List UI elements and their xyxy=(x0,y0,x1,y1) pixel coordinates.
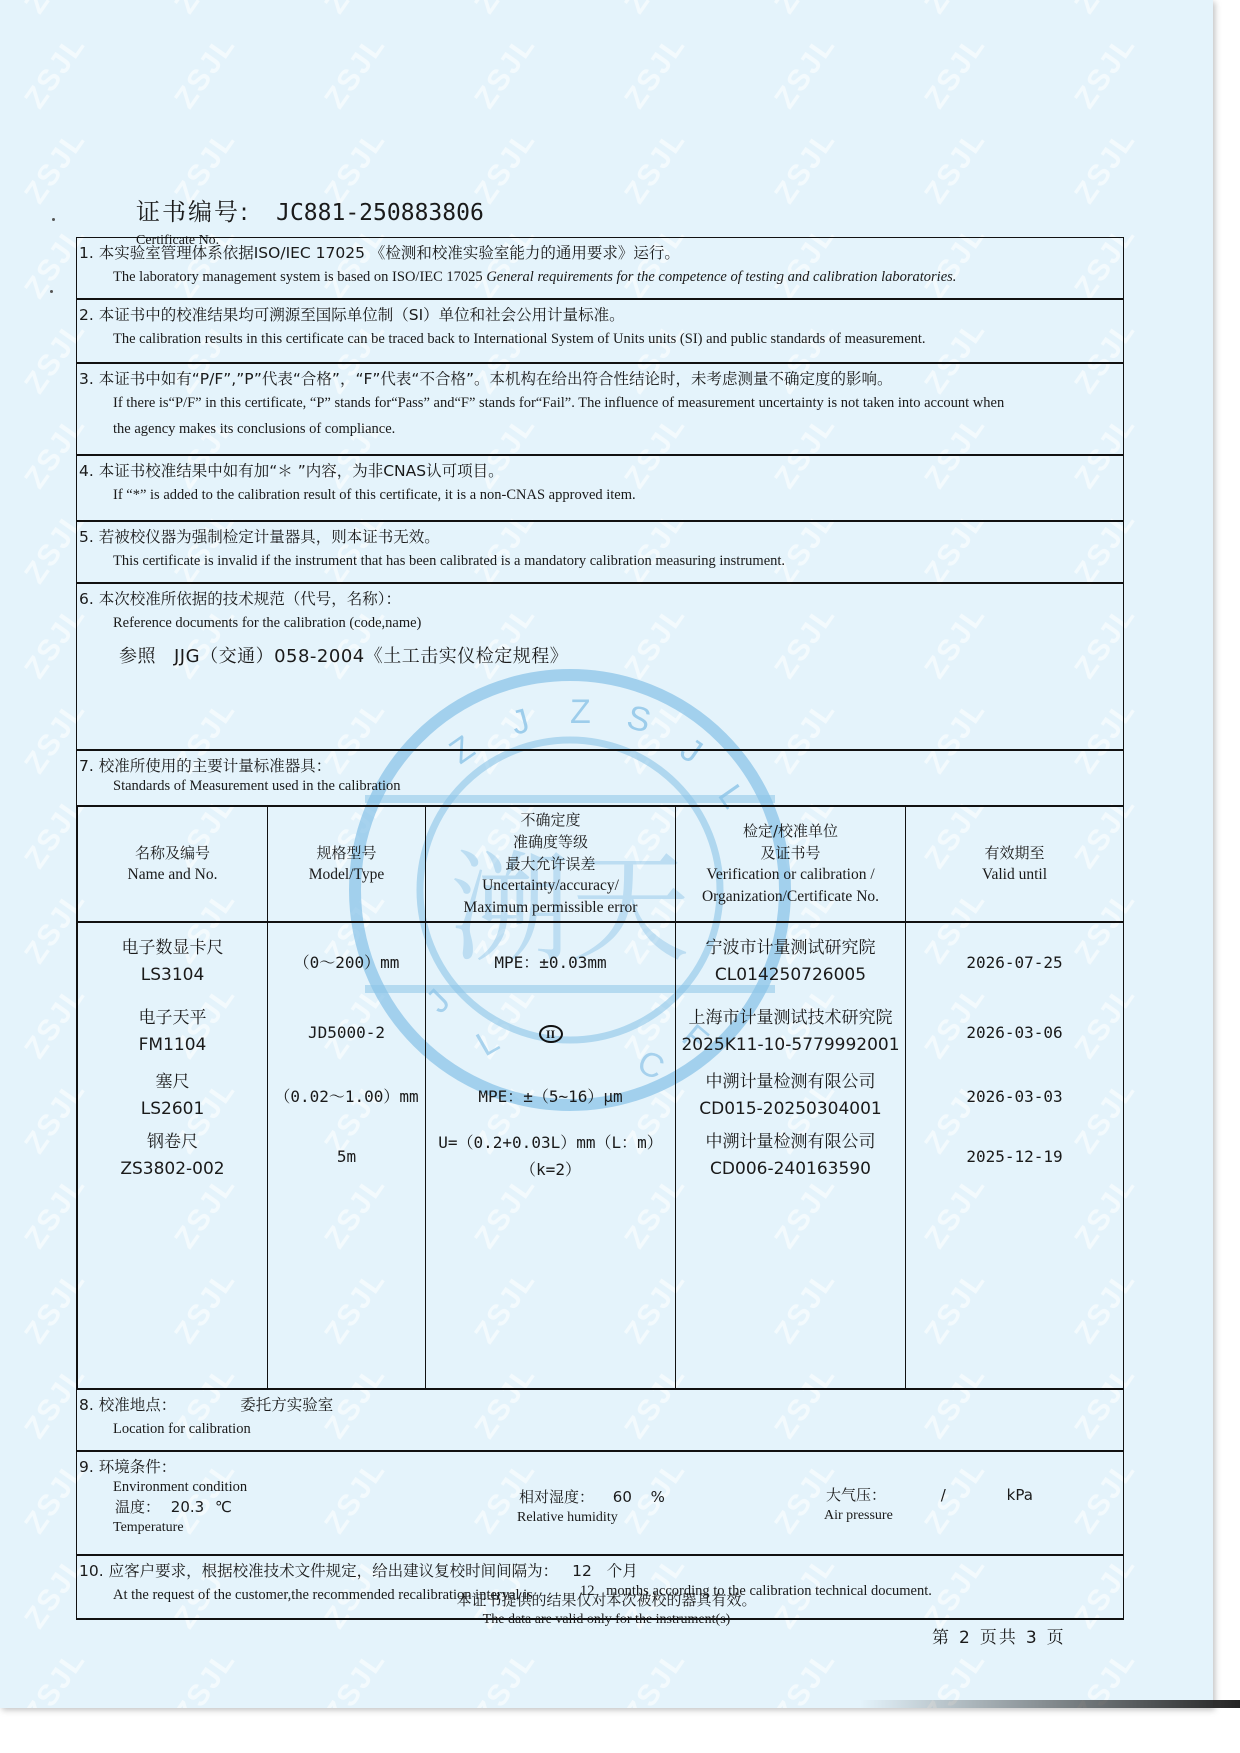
temperature-unit: ℃ xyxy=(215,1498,232,1516)
watermark-text: ZSJL xyxy=(18,124,93,210)
standards-table-body: 电子数显卡尺LS3104电子天平FM1104塞尺LS2601钢卷尺ZS3802-… xyxy=(78,922,1124,1388)
pressure-label-en: Air pressure xyxy=(824,1506,1033,1526)
column-name-no: 电子数显卡尺LS3104电子天平FM1104塞尺LS2601钢卷尺ZS3802-… xyxy=(78,922,268,1388)
watermark-text: ZSJL xyxy=(18,1644,93,1708)
reference-document: 参照JJG（交通）058-2004《土工击实仪检定规程》 xyxy=(77,642,1123,668)
humidity-value: 60 xyxy=(613,1488,632,1506)
table-entry: 5m xyxy=(269,1125,424,1187)
en-plain: The laboratory management system is base… xyxy=(113,269,486,285)
entry-line: LS2601 xyxy=(79,1096,266,1123)
section-number: 1. xyxy=(79,244,94,262)
section-text-en: Location for calibration xyxy=(77,1416,1123,1442)
page-total: 3 xyxy=(1026,1628,1039,1648)
table-entry: 中溯计量检测有限公司CD006-240163590 xyxy=(677,1125,904,1187)
watermark-text: ZSJL xyxy=(168,0,243,20)
entry-line: （0.02～1.00）mm xyxy=(269,1083,424,1110)
entry-line: LS3104 xyxy=(79,962,266,989)
section-text-cn: 本次校准所依据的技术规范（代号，名称）： xyxy=(99,590,401,608)
table-entry: MPE：±0.03mm xyxy=(427,927,674,997)
watermark-text: ZSJL xyxy=(468,0,543,20)
header-text-cn: 最大允许误差 xyxy=(427,853,674,875)
temperature-value: 20.3 xyxy=(171,1498,204,1516)
entry-line: 2026-03-03 xyxy=(907,1083,1122,1110)
section-9-environment: 9. 环境条件： Environment condition 温度： 20.3 … xyxy=(77,1452,1123,1556)
watermark-text: ZSJL xyxy=(768,124,843,210)
column-model: （0～200）mmJD5000-2（0.02～1.00）mm5m xyxy=(268,922,426,1388)
entry-line: 宁波市计量测试研究院 xyxy=(677,935,904,962)
accuracy-class-ii-icon: II xyxy=(539,1025,563,1043)
section-number: 3. xyxy=(79,370,94,388)
header-text-cn: 及证书号 xyxy=(677,842,904,864)
watermark-text: ZSJL xyxy=(618,1644,693,1708)
certificate-number-value: JC881-250883806 xyxy=(276,200,484,226)
entry-line: U=（0.2+0.03L）mm（L：m）（k=2） xyxy=(427,1129,674,1183)
section-text-en: If there is“P/F” in this certificate, “P… xyxy=(77,390,1123,416)
entry-line: 塞尺 xyxy=(79,1069,266,1096)
watermark-text: ZSJL xyxy=(318,29,393,115)
header-text-en: Organization/Certificate No. xyxy=(677,886,904,908)
table-entry: 2026-03-03 xyxy=(907,1067,1122,1125)
entry-line: CL014250726005 xyxy=(677,962,904,989)
watermark-text: ZSJL xyxy=(918,29,993,115)
section-number: 10. xyxy=(79,1562,104,1580)
calibration-location-value: 委托方实验室 xyxy=(240,1396,333,1414)
watermark-text: ZSJL xyxy=(768,1644,843,1708)
section-8-location: 8. 校准地点：委托方实验室 Location for calibration xyxy=(77,1388,1123,1452)
watermark-text: ZSJL xyxy=(918,1644,993,1708)
table-entry: 塞尺LS2601 xyxy=(79,1067,266,1125)
header-text-cn: 有效期至 xyxy=(907,842,1122,864)
scan-speck xyxy=(50,290,53,293)
section-text-cn: 应客户要求，根据校准技术文件规定，给出建议复校时间间隔为： xyxy=(109,1562,559,1580)
reference-code-name: JJG（交通）058-2004《土工击实仪检定规程》 xyxy=(174,646,568,667)
header-text-en: Valid until xyxy=(907,864,1122,886)
entry-line: 中溯计量检测有限公司 xyxy=(677,1129,904,1156)
entry-line: FM1104 xyxy=(79,1032,266,1059)
table-entry: JD5000-2 xyxy=(269,997,424,1067)
column-header: 检定/校准单位及证书号Verification or calibration /… xyxy=(676,807,906,922)
watermark-text: ZSJL xyxy=(168,29,243,115)
table-entry: II xyxy=(427,997,674,1067)
header-text-en: Uncertainty/accuracy/ xyxy=(427,875,674,897)
table-entry: 中溯计量检测有限公司CD015-20250304001 xyxy=(677,1067,904,1125)
temperature-label-en: Temperature xyxy=(113,1518,232,1538)
section-text-cn: 本证书中的校准结果均可溯源至国际单位制（SI）单位和社会公用计量标准。 xyxy=(99,306,625,324)
page-current: 2 xyxy=(959,1628,972,1648)
page-number: 第2页共3页 xyxy=(928,1623,1070,1648)
column-header: 名称及编号Name and No. xyxy=(78,807,268,922)
standards-table: 名称及编号Name and No.规格型号Model/Type不确定度准确度等级… xyxy=(77,807,1124,1388)
section-4-cnas: 4. 本证书校准结果中如有加“＊ ”内容，为非CNAS认可项目。 If “*” … xyxy=(77,456,1123,522)
entry-line: ZS3802-002 xyxy=(79,1156,266,1183)
entry-line: 上海市计量测试技术研究院 xyxy=(677,1005,904,1032)
watermark-text: ZSJL xyxy=(768,0,843,20)
table-entry: 电子数显卡尺LS3104 xyxy=(79,927,266,997)
section-text-cn: 本实验室管理体系依据ISO/IEC 17025 《检测和校准实验室能力的通用要求… xyxy=(99,244,680,262)
entry-line: MPE：±（5~16）μm xyxy=(427,1083,674,1110)
section-7-standards-heading: 7. 校准所使用的主要计量标准器具： Standards of Measurem… xyxy=(77,751,1123,807)
certificate-page: ZSJLZSJLZSJLZSJLZSJLZSJLZSJLZSJLZSJLZSJL… xyxy=(0,0,1213,1708)
page-suffix: 页 xyxy=(1047,1628,1066,1648)
section-text-en: The calibration results in this certific… xyxy=(77,326,1123,352)
section-text-en: The laboratory management system is base… xyxy=(77,264,1123,290)
watermark-text: ZSJL xyxy=(918,0,993,20)
certificate-number-label: 证书编号: xyxy=(136,198,250,226)
section-number: 2. xyxy=(79,306,94,324)
column-header: 不确定度准确度等级最大允许误差Uncertainty/accuracy/Maxi… xyxy=(426,807,676,922)
section-text-en: Reference documents for the calibration … xyxy=(77,610,1123,636)
section-number: 7. xyxy=(79,757,94,775)
entry-line: 钢卷尺 xyxy=(79,1129,266,1156)
watermark-text: ZSJL xyxy=(18,0,93,20)
section-text-en: Standards of Measurement used in the cal… xyxy=(77,777,1123,795)
column-header: 规格型号Model/Type xyxy=(268,807,426,922)
section-number: 4. xyxy=(79,462,94,480)
section-5-validity: 5. 若被校仪器为强制检定计量器具，则本证书无效。 This certifica… xyxy=(77,522,1123,584)
section-text-cn: 本证书中如有“P/F”,”P”代表“合格”，“F”代表“不合格”。本机构在给出符… xyxy=(99,370,893,388)
column-valid-until: 2026-07-252026-03-062026-03-032025-12-19 xyxy=(906,922,1124,1388)
temperature-field: 温度： 20.3 ℃ Temperature xyxy=(113,1496,232,1538)
watermark-text: ZSJL xyxy=(618,0,693,20)
watermark-text: ZSJL xyxy=(1068,124,1143,210)
table-entry: 2026-03-06 xyxy=(907,997,1122,1067)
entry-line: 中溯计量检测有限公司 xyxy=(677,1069,904,1096)
entry-line: （0～200）mm xyxy=(269,949,424,976)
table-entry: 上海市计量测试技术研究院2025K11-10-5779992001 xyxy=(677,997,904,1067)
column-organization: 宁波市计量测试研究院CL014250726005上海市计量测试技术研究院2025… xyxy=(676,922,906,1388)
humidity-unit: % xyxy=(651,1488,665,1506)
table-entry: 宁波市计量测试研究院CL014250726005 xyxy=(677,927,904,997)
watermark-text: ZSJL xyxy=(318,1644,393,1708)
pressure-value: / xyxy=(941,1486,946,1504)
page-mid: 页共 xyxy=(980,1628,1018,1648)
header-text-cn: 名称及编号 xyxy=(79,842,266,864)
watermark-text: ZSJL xyxy=(1068,0,1143,20)
table-entry: 电子天平FM1104 xyxy=(79,997,266,1067)
entry-line: 电子数显卡尺 xyxy=(79,935,266,962)
section-text-en-cont: the agency makes its conclusions of comp… xyxy=(77,416,1123,442)
section-6-reference-documents: 6. 本次校准所依据的技术规范（代号，名称）： Reference docume… xyxy=(77,584,1123,751)
header-text-en: Maximum permissible error xyxy=(427,897,674,919)
scan-edge-shadow xyxy=(860,1700,1240,1708)
en-italic: General requirements for the competence … xyxy=(486,269,956,285)
section-text-en: If “*” is added to the calibration resul… xyxy=(77,482,1123,508)
watermark-text: ZSJL xyxy=(618,124,693,210)
watermark-text: ZSJL xyxy=(768,29,843,115)
scan-speck xyxy=(52,218,55,221)
header-text-cn: 规格型号 xyxy=(269,842,424,864)
standards-table-header: 名称及编号Name and No.规格型号Model/Type不确定度准确度等级… xyxy=(78,807,1124,922)
humidity-label-en: Relative humidity xyxy=(517,1508,665,1528)
column-header: 有效期至Valid until xyxy=(906,807,1124,922)
entry-line: 2026-07-25 xyxy=(907,949,1122,976)
header-text-cn: 检定/校准单位 xyxy=(677,820,904,842)
watermark-text: ZSJL xyxy=(618,29,693,115)
entry-line: 2025-12-19 xyxy=(907,1143,1122,1170)
pressure-label: 大气压： xyxy=(826,1486,886,1504)
section-text-en: This certificate is invalid if the instr… xyxy=(77,548,1123,574)
section-2-traceability: 2. 本证书中的校准结果均可溯源至国际单位制（SI）单位和社会公用计量标准。 T… xyxy=(77,300,1123,364)
section-text-cn: 环境条件： xyxy=(99,1458,177,1476)
table-entry: 2025-12-19 xyxy=(907,1125,1122,1187)
entry-line: 2026-03-06 xyxy=(907,1019,1122,1046)
environment-values: 温度： 20.3 ℃ Temperature 相对湿度： 60 % Relati… xyxy=(77,1496,1123,1556)
section-number: 6. xyxy=(79,590,94,608)
validity-note-cn: 本证书提供的结果仅对本次被校的器具有效。 xyxy=(0,1589,1213,1610)
header-text-en: Model/Type xyxy=(269,864,424,886)
section-text-cn: 若被校仪器为强制检定计量器具，则本证书无效。 xyxy=(99,528,440,546)
watermark-text: ZSJL xyxy=(1068,1644,1143,1708)
humidity-label: 相对湿度： xyxy=(519,1488,594,1506)
section-text-cn: 校准所使用的主要计量标准器具： xyxy=(99,757,332,775)
reference-prefix: 参照 xyxy=(119,646,156,667)
watermark-text: ZSJL xyxy=(918,124,993,210)
section-text-cn: 校准地点： xyxy=(99,1396,177,1414)
table-entry: 钢卷尺ZS3802-002 xyxy=(79,1125,266,1187)
section-number: 8. xyxy=(79,1396,94,1414)
temperature-label: 温度： xyxy=(115,1498,160,1516)
table-entry: 2026-07-25 xyxy=(907,927,1122,997)
page-prefix: 第 xyxy=(932,1628,951,1648)
humidity-field: 相对湿度： 60 % Relative humidity xyxy=(517,1486,665,1528)
table-entry: （0～200）mm xyxy=(269,927,424,997)
certificate-terms-frame: 1. 本实验室管理体系依据ISO/IEC 17025 《检测和校准实验室能力的通… xyxy=(76,237,1124,1620)
watermark-text: ZSJL xyxy=(468,1644,543,1708)
section-number: 5. xyxy=(79,528,94,546)
header-text-en: Name and No. xyxy=(79,864,266,886)
entry-line: CD006-240163590 xyxy=(677,1156,904,1183)
watermark-text: ZSJL xyxy=(18,29,93,115)
column-accuracy: MPE：±0.03mmIIMPE：±（5~16）μmU=（0.2+0.03L）m… xyxy=(426,922,676,1388)
watermark-text: ZSJL xyxy=(168,1644,243,1708)
watermark-text: ZSJL xyxy=(468,29,543,115)
entry-line: 2025K11-10-5779992001 xyxy=(677,1032,904,1059)
table-entry: （0.02～1.00）mm xyxy=(269,1067,424,1125)
entry-line: 电子天平 xyxy=(79,1005,266,1032)
table-entry: MPE：±（5~16）μm xyxy=(427,1067,674,1125)
section-number: 9. xyxy=(79,1458,94,1476)
entry-line: MPE：±0.03mm xyxy=(427,949,674,976)
table-entry: U=（0.2+0.03L）mm（L：m）（k=2） xyxy=(427,1125,674,1187)
watermark-text: ZSJL xyxy=(318,0,393,20)
entry-line: 5m xyxy=(269,1143,424,1170)
section-text-cn: 本证书校准结果中如有加“＊ ”内容，为非CNAS认可项目。 xyxy=(99,462,504,480)
header-text-cn: 不确定度 xyxy=(427,809,674,831)
section-3-pass-fail: 3. 本证书中如有“P/F”,”P”代表“合格”，“F”代表“不合格”。本机构在… xyxy=(77,364,1123,456)
header-text-en: Verification or calibration / xyxy=(677,864,904,886)
watermark-text: ZSJL xyxy=(1068,29,1143,115)
entry-line: CD015-20250304001 xyxy=(677,1096,904,1123)
section-1-management-system: 1. 本实验室管理体系依据ISO/IEC 17025 《检测和校准实验室能力的通… xyxy=(77,238,1123,300)
header-text-cn: 准确度等级 xyxy=(427,831,674,853)
pressure-unit: kPa xyxy=(1007,1486,1033,1504)
air-pressure-field: 大气压： / kPa Air pressure xyxy=(824,1484,1033,1526)
entry-line: JD5000-2 xyxy=(269,1019,424,1046)
